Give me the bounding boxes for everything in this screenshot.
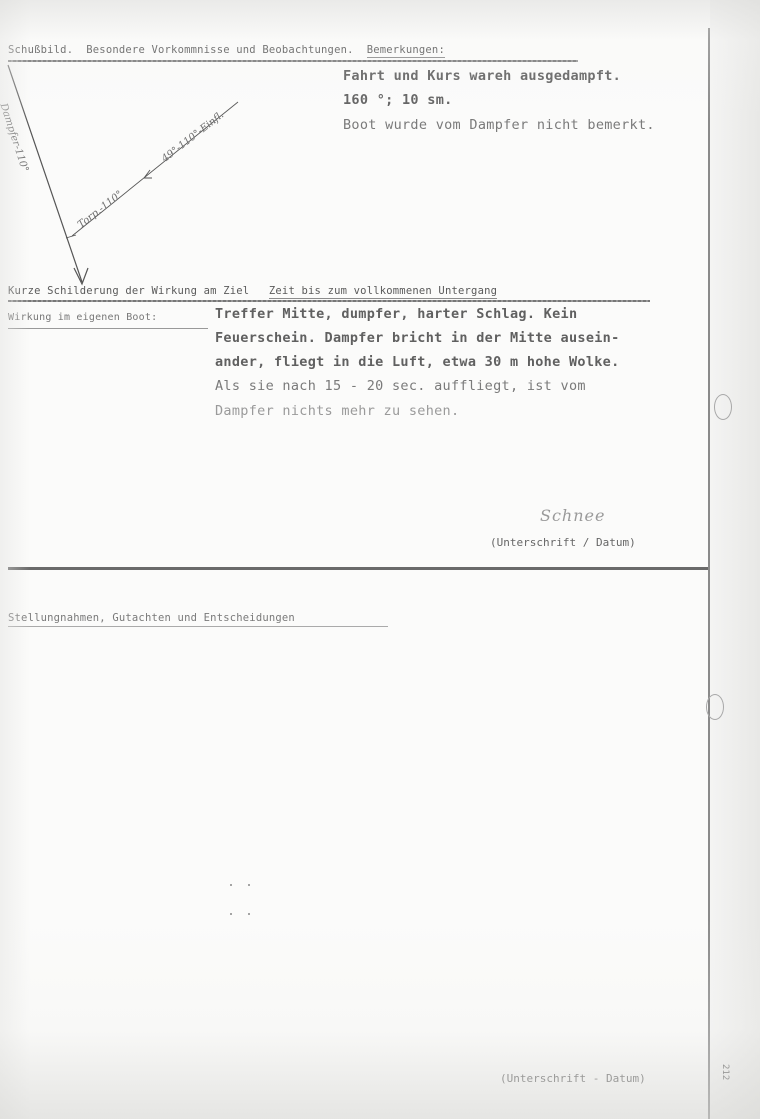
punch-hole-top [714,394,732,420]
label-schussbild: Schußbild. [8,44,73,56]
remark-line-2: 160 °; 10 sm. [343,90,453,110]
signature-caption-1: (Unterschrift / Datum) [490,536,636,549]
label-vorkommnisse: Besondere Vorkommnisse und Beobachtungen… [86,44,353,56]
header-labels-row: Schußbild. Besondere Vorkommnisse und Be… [8,44,445,56]
label-stellungnahmen: Stellungnahmen, Gutachten und Entscheidu… [8,612,295,624]
punch-hole-bottom [706,694,724,720]
label-zeit-untergang: Zeit bis zum vollkommenen Untergang [269,285,497,299]
effect-line-5: Dampfer nichts mehr zu sehen. [215,401,459,421]
effect-labels-row: Kurze Schilderung der Wirkung am Ziel Ze… [8,285,497,297]
label-schilderung: Kurze Schilderung der Wirkung am Ziel [8,285,249,297]
effect-rule [8,300,650,302]
label-eigenes-boot: Wirkung im eigenen Boot: [8,312,157,323]
remark-line-3: Boot wurde vom Dampfer nicht bemerkt. [343,115,655,135]
page-side-number: 212 [720,1064,730,1080]
effect-line-2: Feuerschein. Dampfer bricht in der Mitte… [215,328,620,348]
effect-line-3: ander, fliegt in die Luft, etwa 30 m hoh… [215,352,620,372]
form-right-border [708,28,710,1119]
shot-sketch-diagram [0,60,280,295]
section-divider [8,567,708,570]
effect-line-1: Treffer Mitte, dumpfer, harter Schlag. K… [215,304,577,324]
effect-line-4: Als sie nach 15 - 20 sec. auffliegt, ist… [215,376,586,396]
page-edge [710,0,760,1119]
torpedo-arrow-icon [144,170,152,178]
signature-handwritten: Schnee [540,506,605,525]
steamer-arrow-icon [74,268,88,284]
signature-caption-2: (Unterschrift - Datum) [500,1072,646,1085]
label-bemerkungen: Bemerkungen: [367,44,445,58]
remark-line-1: Fahrt und Kurs wareh ausgedampft. [343,66,621,86]
